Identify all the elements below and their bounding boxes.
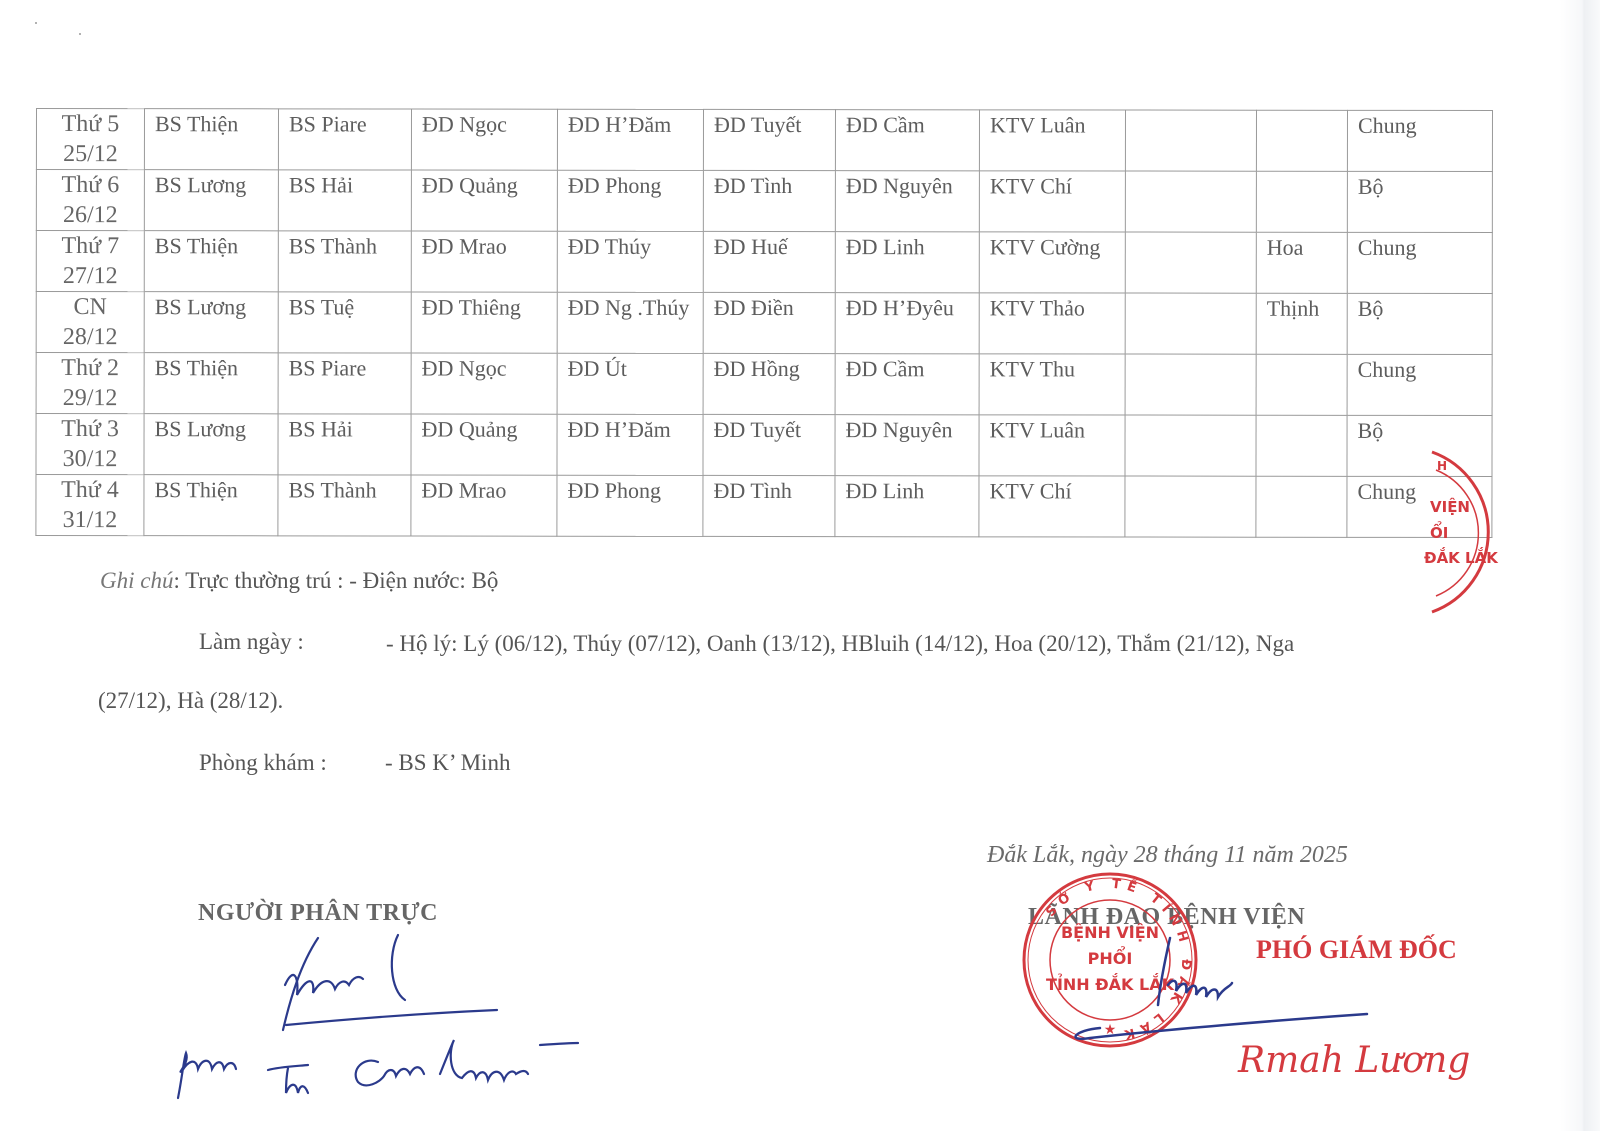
svg-text:ĐẮK LẮK: ĐẮK LẮK [1424, 546, 1499, 567]
svg-text:TỈNH ĐẮK LẮK: TỈNH ĐẮK LẮK [1046, 973, 1175, 994]
svg-text:VIỆN: VIỆN [1430, 496, 1470, 516]
ink-overlay: VIỆN ỔI ĐẮK LẮK H SỞ Y TẾ TỈNH ĐẮK LẮK B… [0, 0, 1600, 1131]
svg-text:PHỔI: PHỔI [1088, 946, 1133, 968]
svg-text:H: H [1437, 459, 1447, 473]
svg-text:BỆNH VIỆN: BỆNH VIỆN [1061, 922, 1159, 942]
left-signature-icon [178, 935, 578, 1098]
hospital-stamp-icon: SỞ Y TẾ TỈNH ĐẮK LẮK BỆNH VIỆN PHỔI TỈNH… [1024, 874, 1196, 1046]
partial-stamp-icon: VIỆN ỔI ĐẮK LẮK H [1424, 452, 1499, 612]
svg-text:ỔI: ỔI [1430, 520, 1448, 542]
